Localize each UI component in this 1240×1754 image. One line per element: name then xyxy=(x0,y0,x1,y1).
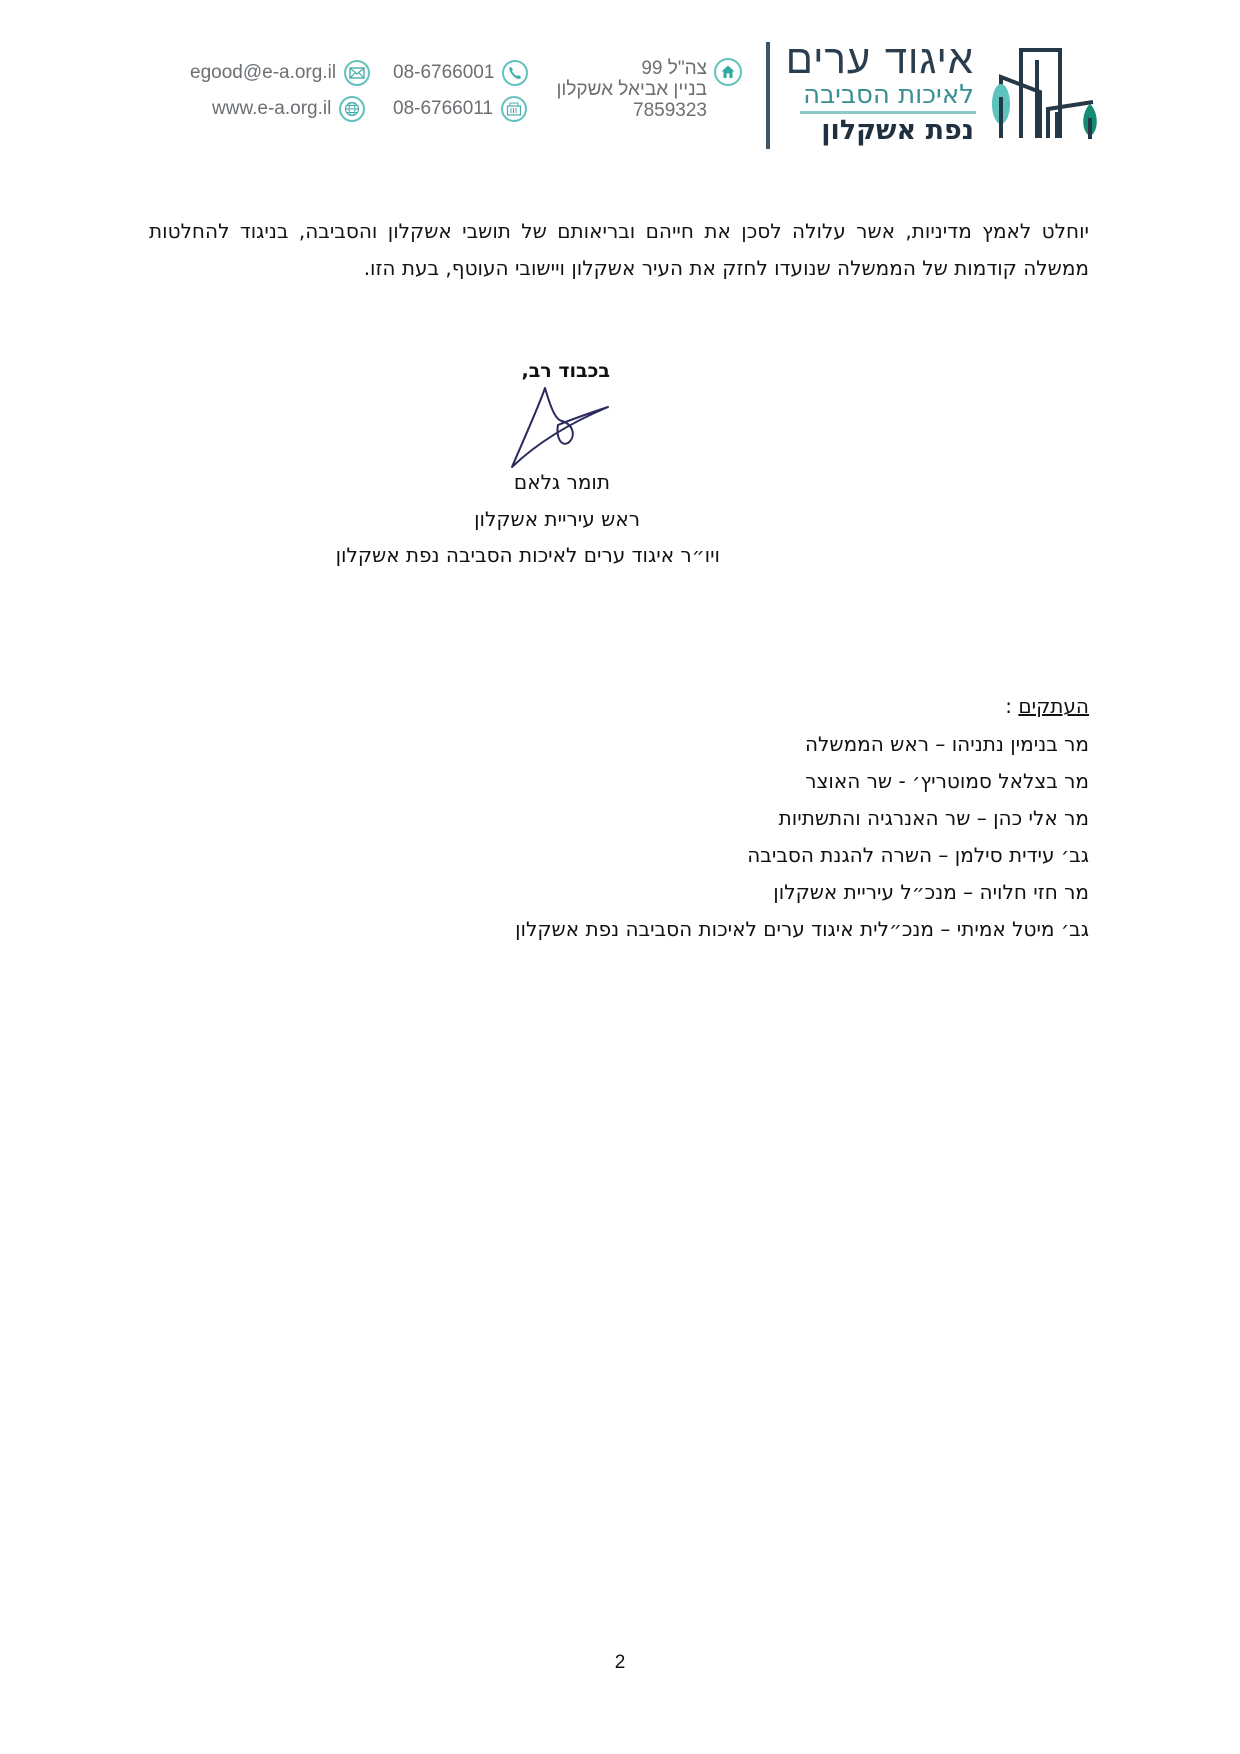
logo-buildings-icon xyxy=(975,42,1100,147)
cc-recipient: מר חזי חלויה – מנכ״ל עיריית אשקלון xyxy=(389,874,1089,911)
signatory-role-chair: ויו״ר איגוד ערים לאיכות הסביבה נפת אשקלו… xyxy=(280,543,720,567)
signatory-role-mayor: ראש עיריית אשקלון xyxy=(380,507,640,531)
logo-title: איגוד ערים xyxy=(786,40,974,80)
address-postal-code: 7859323 xyxy=(555,100,745,121)
logo-city: נפת אשקלון xyxy=(821,116,974,146)
letterhead: egood@e-a.org.il www.e-a.org.il 08-67660… xyxy=(0,0,1240,160)
fax-icon xyxy=(501,96,527,122)
email-contact: egood@e-a.org.il xyxy=(190,60,370,86)
body-paragraph: יוחלט לאמץ מדיניות, אשר עלולה לסכן את חי… xyxy=(149,213,1089,287)
cc-list: מר בנימין נתניהו – ראש הממשלה מר בצלאל ס… xyxy=(389,726,1089,948)
signatory-name: תומר גלאם xyxy=(430,470,610,494)
website-contact: www.e-a.org.il xyxy=(212,96,365,122)
mail-icon xyxy=(344,60,370,86)
fax-contact: 08-6766011 xyxy=(393,96,527,122)
cc-section: העתקים : מר בנימין נתניהו – ראש הממשלה מ… xyxy=(389,690,1089,948)
header-divider xyxy=(766,42,770,149)
logo-subtitle: לאיכות הסביבה xyxy=(803,82,974,108)
phone-contact: 08-6766001 xyxy=(393,60,528,86)
cc-title-text: העתקים xyxy=(1018,694,1089,718)
address-building: בניין אביאל אשקלון xyxy=(555,79,745,100)
phone-icon xyxy=(502,60,528,86)
fax-text: 08-6766011 xyxy=(393,98,493,120)
cc-recipient: מר בנימין נתניהו – ראש הממשלה xyxy=(389,726,1089,763)
cc-recipient: מר אלי כהן – שר האנרגיה והתשתיות xyxy=(389,800,1089,837)
letter-body: יוחלט לאמץ מדיניות, אשר עלולה לסכן את חי… xyxy=(149,213,1089,287)
cc-recipient: מר בצלאל סמוטריץ׳ - שר האוצר xyxy=(389,763,1089,800)
phone-text: 08-6766001 xyxy=(393,62,494,84)
globe-icon xyxy=(339,96,365,122)
signature-icon xyxy=(510,385,620,470)
logo-underline xyxy=(800,111,976,114)
closing-salutation: בכבוד רב, xyxy=(440,360,610,382)
cc-recipient: גב׳ עידית סילמן – השרה להגנת הסביבה xyxy=(389,837,1089,874)
cc-recipient: גב׳ מיטל אמיתי – מנכ״לית איגוד ערים לאיכ… xyxy=(389,911,1089,948)
home-icon xyxy=(714,58,742,86)
cc-title: העתקים : xyxy=(389,690,1089,722)
cc-title-colon: : xyxy=(1005,694,1018,718)
email-text: egood@e-a.org.il xyxy=(190,62,336,84)
address-block: צה"ל 99 בניין אביאל אשקלון 7859323 xyxy=(555,58,745,121)
website-text: www.e-a.org.il xyxy=(212,98,331,120)
page-number: 2 xyxy=(600,1652,640,1674)
